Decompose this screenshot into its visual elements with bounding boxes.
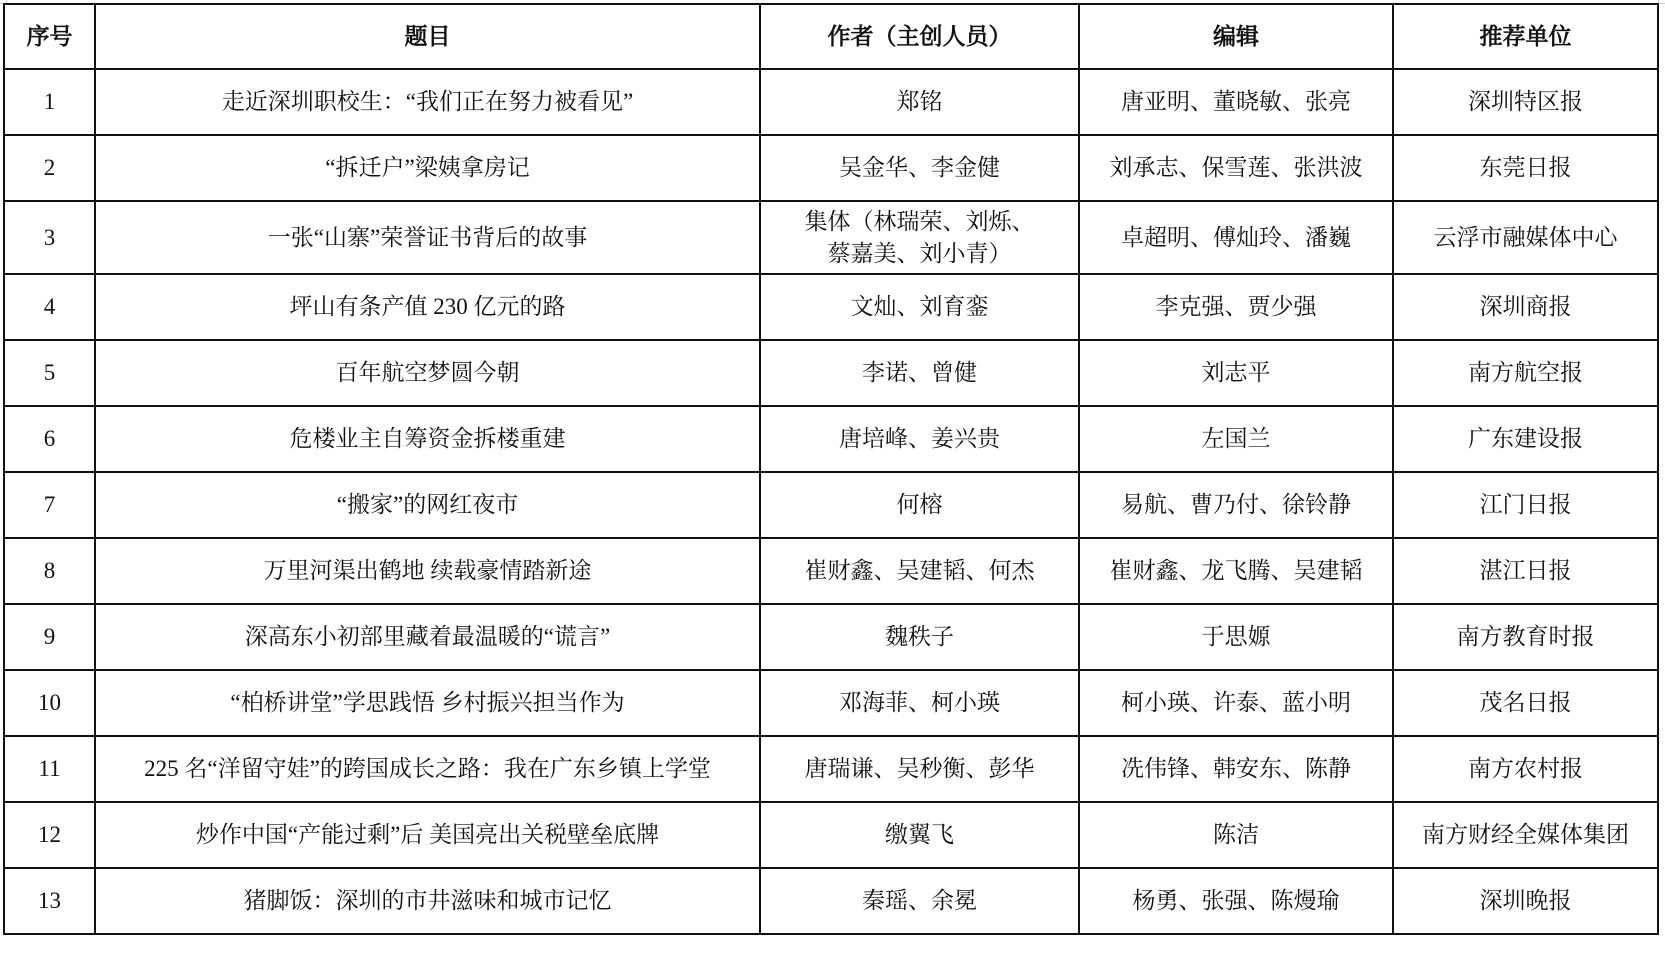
cell-title: 危楼业主自筹资金拆楼重建 [95,406,760,472]
cell-no: 8 [4,538,95,604]
cell-author: 李诺、曾健 [760,340,1079,406]
table-row: 7 “搬家”的网红夜市 何榕 易航、曹乃付、徐铃静 江门日报 [4,472,1658,538]
table-header-row: 序号 题目 作者（主创人员） 编辑 推荐单位 [4,4,1658,69]
cell-title: 一张“山寨”荣誉证书背后的故事 [95,201,760,274]
cell-author: 唐瑞谦、吴秒衡、彭华 [760,736,1079,802]
cell-no: 4 [4,274,95,340]
cell-editor: 杨勇、张强、陈熳瑜 [1079,868,1393,934]
cell-author: 唐培峰、姜兴贵 [760,406,1079,472]
cell-title: 走近深圳职校生：“我们正在努力被看见” [95,69,760,135]
cell-unit: 南方农村报 [1393,736,1658,802]
cell-no: 11 [4,736,95,802]
cell-editor: 易航、曹乃付、徐铃静 [1079,472,1393,538]
cell-title: 万里河渠出鹤地 续载豪情踏新途 [95,538,760,604]
header-title: 题目 [95,4,760,69]
table-row: 10 “柏桥讲堂”学思践悟 乡村振兴担当作为 邓海菲、柯小瑛 柯小瑛、许泰、蓝小… [4,670,1658,736]
cell-editor: 刘志平 [1079,340,1393,406]
cell-author: 崔财鑫、吴建韬、何杰 [760,538,1079,604]
cell-editor: 刘承志、保雪莲、张洪波 [1079,135,1393,201]
cell-author: 文灿、刘育銮 [760,274,1079,340]
cell-title: “搬家”的网红夜市 [95,472,760,538]
header-unit: 推荐单位 [1393,4,1658,69]
cell-unit: 广东建设报 [1393,406,1658,472]
cell-no: 1 [4,69,95,135]
cell-author: 秦瑶、余冕 [760,868,1079,934]
cell-no: 10 [4,670,95,736]
cell-unit: 湛江日报 [1393,538,1658,604]
header-editor: 编辑 [1079,4,1393,69]
cell-no: 9 [4,604,95,670]
cell-unit: 东莞日报 [1393,135,1658,201]
cell-unit: 南方教育时报 [1393,604,1658,670]
cell-editor: 唐亚明、董晓敏、张亮 [1079,69,1393,135]
cell-editor: 崔财鑫、龙飞腾、吴建韬 [1079,538,1393,604]
cell-editor: 陈洁 [1079,802,1393,868]
cell-unit: 云浮市融媒体中心 [1393,201,1658,274]
header-author: 作者（主创人员） [760,4,1079,69]
cell-author: 邓海菲、柯小瑛 [760,670,1079,736]
cell-title: “柏桥讲堂”学思践悟 乡村振兴担当作为 [95,670,760,736]
cell-title: 深高东小初部里藏着最温暖的“谎言” [95,604,760,670]
cell-author: 吴金华、李金健 [760,135,1079,201]
cell-no: 5 [4,340,95,406]
cell-unit: 南方财经全媒体集团 [1393,802,1658,868]
cell-title: 225 名“洋留守娃”的跨国成长之路：我在广东乡镇上学堂 [95,736,760,802]
award-list-table: 序号 题目 作者（主创人员） 编辑 推荐单位 1 走近深圳职校生：“我们正在努力… [3,3,1659,935]
table-row: 1 走近深圳职校生：“我们正在努力被看见” 郑铭 唐亚明、董晓敏、张亮 深圳特区… [4,69,1658,135]
cell-author-line-2: 蔡嘉美、刘小青） [765,238,1074,270]
table-row: 9 深高东小初部里藏着最温暖的“谎言” 魏秩子 于思嫄 南方教育时报 [4,604,1658,670]
cell-author: 集体（林瑞荣、刘烁、 蔡嘉美、刘小青） [760,201,1079,274]
cell-no: 6 [4,406,95,472]
cell-editor: 卓超明、傅灿玲、潘巍 [1079,201,1393,274]
table-row: 2 “拆迁户”梁姨拿房记 吴金华、李金健 刘承志、保雪莲、张洪波 东莞日报 [4,135,1658,201]
cell-title: 猪脚饭：深圳的市井滋味和城市记忆 [95,868,760,934]
cell-editor: 于思嫄 [1079,604,1393,670]
cell-title: 炒作中国“产能过剩”后 美国亮出关税壁垒底牌 [95,802,760,868]
table-row: 3 一张“山寨”荣誉证书背后的故事 集体（林瑞荣、刘烁、 蔡嘉美、刘小青） 卓超… [4,201,1658,274]
table-row: 8 万里河渠出鹤地 续载豪情踏新途 崔财鑫、吴建韬、何杰 崔财鑫、龙飞腾、吴建韬… [4,538,1658,604]
cell-unit: 深圳商报 [1393,274,1658,340]
cell-editor: 左国兰 [1079,406,1393,472]
table-row: 4 坪山有条产值 230 亿元的路 文灿、刘育銮 李克强、贾少强 深圳商报 [4,274,1658,340]
cell-unit: 深圳晚报 [1393,868,1658,934]
cell-title: 坪山有条产值 230 亿元的路 [95,274,760,340]
cell-author: 何榕 [760,472,1079,538]
cell-unit: 深圳特区报 [1393,69,1658,135]
cell-no: 3 [4,201,95,274]
page-corner-mark-right [1658,0,1665,4]
cell-unit: 茂名日报 [1393,670,1658,736]
cell-no: 13 [4,868,95,934]
cell-title: “拆迁户”梁姨拿房记 [95,135,760,201]
cell-editor: 冼伟锋、韩安东、陈静 [1079,736,1393,802]
cell-title: 百年航空梦圆今朝 [95,340,760,406]
cell-author: 缴翼飞 [760,802,1079,868]
cell-editor: 李克强、贾少强 [1079,274,1393,340]
cell-unit: 南方航空报 [1393,340,1658,406]
cell-no: 12 [4,802,95,868]
cell-no: 2 [4,135,95,201]
cell-no: 7 [4,472,95,538]
table-row: 5 百年航空梦圆今朝 李诺、曾健 刘志平 南方航空报 [4,340,1658,406]
cell-editor: 柯小瑛、许泰、蓝小明 [1079,670,1393,736]
table-row: 6 危楼业主自筹资金拆楼重建 唐培峰、姜兴贵 左国兰 广东建设报 [4,406,1658,472]
cell-unit: 江门日报 [1393,472,1658,538]
table-row: 11 225 名“洋留守娃”的跨国成长之路：我在广东乡镇上学堂 唐瑞谦、吴秒衡、… [4,736,1658,802]
header-no: 序号 [4,4,95,69]
table-row: 13 猪脚饭：深圳的市井滋味和城市记忆 秦瑶、余冕 杨勇、张强、陈熳瑜 深圳晚报 [4,868,1658,934]
cell-author: 郑铭 [760,69,1079,135]
cell-author-line-1: 集体（林瑞荣、刘烁、 [765,206,1074,238]
document-page: 序号 题目 作者（主创人员） 编辑 推荐单位 1 走近深圳职校生：“我们正在努力… [0,0,1665,965]
cell-author: 魏秩子 [760,604,1079,670]
table-row: 12 炒作中国“产能过剩”后 美国亮出关税壁垒底牌 缴翼飞 陈洁 南方财经全媒体… [4,802,1658,868]
